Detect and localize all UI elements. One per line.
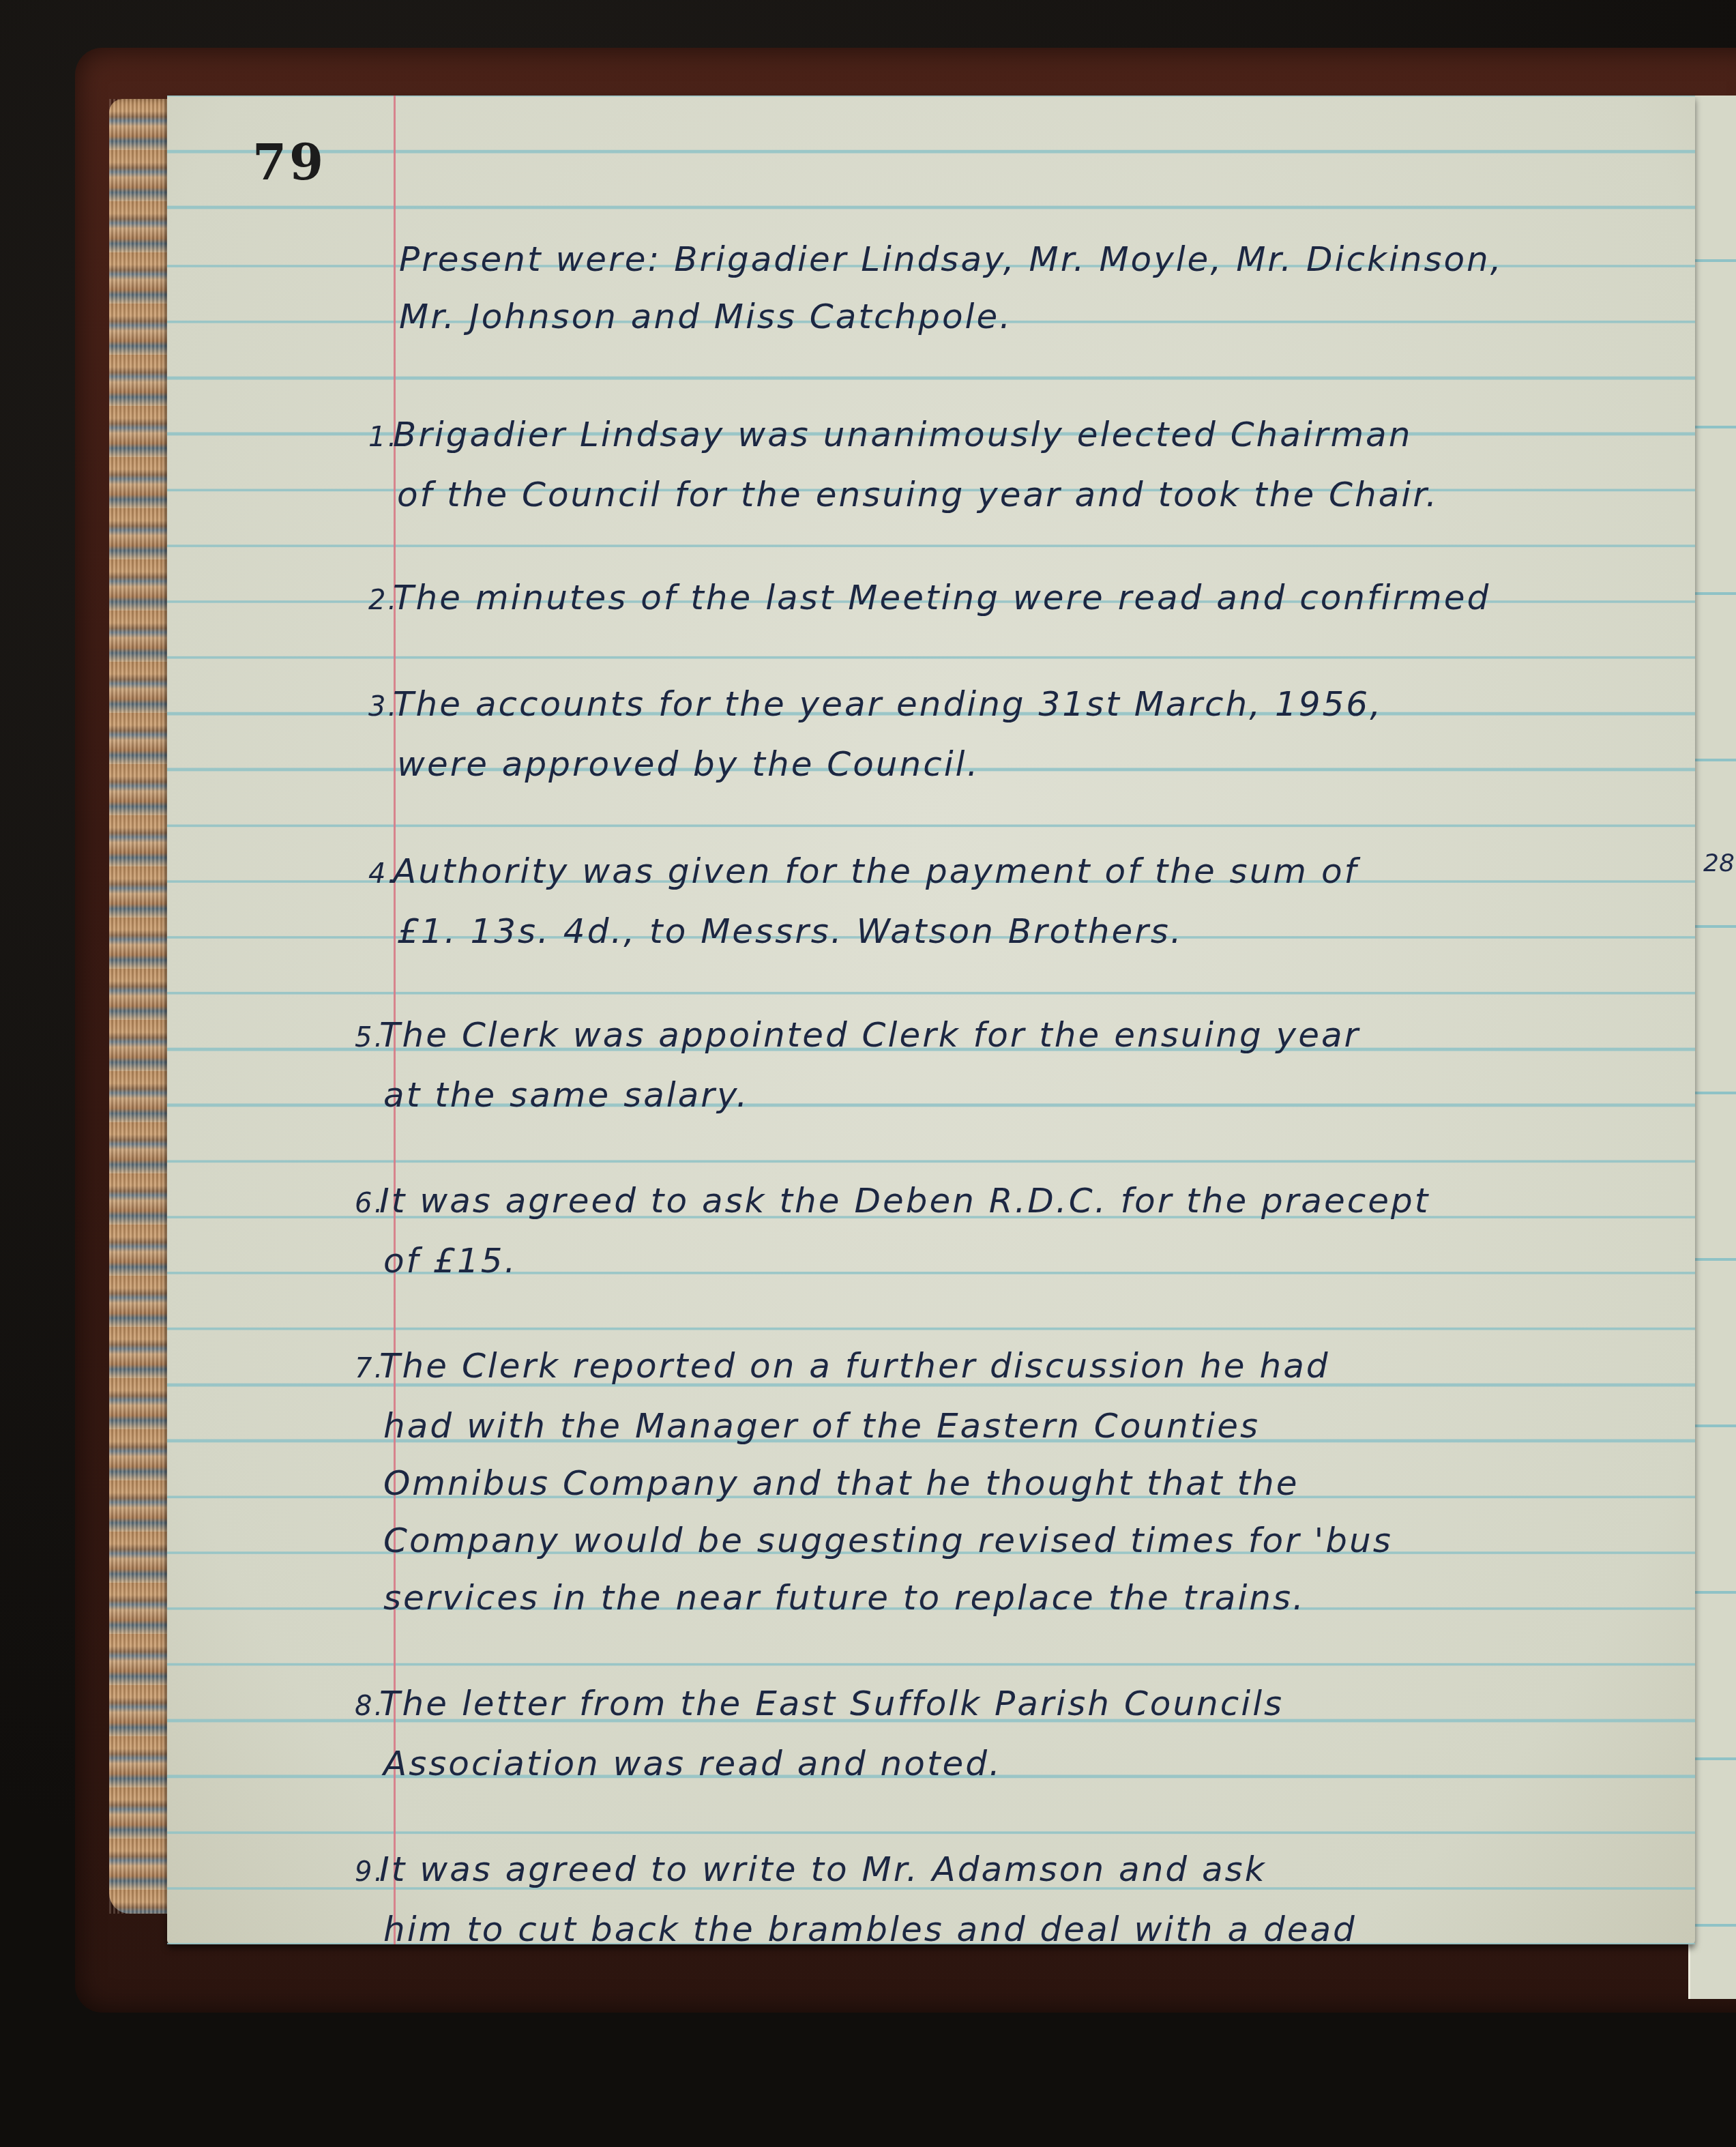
attendance-entry: Present were: Brigadier Lindsay, Mr. Moy… (399, 231, 1503, 345)
attendance-line: Mr. Johnson and Miss Catchpole. (399, 288, 1503, 345)
item-line: £1. 13s. 4d., to Messrs. Watson Brothers… (368, 903, 1358, 960)
item-number: 4. (368, 845, 393, 903)
minute-item-1: 1.Brigadier Lindsay was unanimously elec… (368, 406, 1439, 523)
item-line: Company would be suggesting revised time… (355, 1512, 1393, 1569)
item-line: services in the near future to replace t… (355, 1569, 1393, 1626)
item-line: The Clerk was appointed Clerk for the en… (379, 1015, 1360, 1055)
page-edges (109, 99, 174, 1914)
item-line: The Clerk reported on a further discussi… (379, 1346, 1330, 1386)
minute-item-5: 5.The Clerk was appointed Clerk for the … (355, 1006, 1360, 1124)
page-number: 79 (252, 133, 326, 191)
facing-page-edge (1688, 96, 1736, 1999)
item-number: 6. (355, 1175, 379, 1232)
item-line: The letter from the East Suffolk Parish … (379, 1684, 1284, 1723)
item-line: were approved by the Council. (368, 735, 1383, 793)
item-line: had with the Manager of the Eastern Coun… (355, 1397, 1393, 1455)
item-number: 3. (368, 678, 393, 735)
item-line: Association was read and noted. (355, 1735, 1284, 1792)
item-number: 2. (368, 572, 393, 629)
margin-note: 28 (1703, 849, 1735, 877)
item-line: Authority was given for the payment of t… (393, 851, 1358, 891)
minute-item-8: 8.The letter from the East Suffolk Paris… (355, 1675, 1284, 1792)
item-line: Brigadier Lindsay was unanimously electe… (393, 415, 1412, 454)
minute-item-4: 4.Authority was given for the payment of… (368, 843, 1358, 960)
minute-item-6: 6.It was agreed to ask the Deben R.D.C. … (355, 1172, 1430, 1289)
item-line: It was agreed to write to Mr. Adamson an… (379, 1850, 1267, 1889)
minute-item-3: 3.The accounts for the year ending 31st … (368, 675, 1383, 793)
item-number: 5. (355, 1009, 379, 1066)
item-number: 1. (368, 409, 393, 466)
item-number: 9. (355, 1843, 379, 1901)
item-line: Omnibus Company and that he thought that… (355, 1455, 1393, 1512)
minute-item-9: 9.It was agreed to write to Mr. Adamson … (355, 1841, 1357, 1958)
item-line: him to cut back the brambles and deal wi… (355, 1901, 1357, 1958)
item-line: It was agreed to ask the Deben R.D.C. fo… (379, 1181, 1430, 1221)
item-number: 8. (355, 1678, 379, 1735)
item-line: of the Council for the ensuing year and … (368, 466, 1439, 523)
minute-item-2: 2.The minutes of the last Meeting were r… (368, 569, 1490, 629)
minute-item-7: 7.The Clerk reported on a further discus… (355, 1337, 1393, 1626)
item-number: 7. (355, 1340, 379, 1397)
item-line: The minutes of the last Meeting were rea… (393, 578, 1490, 617)
item-line: at the same salary. (355, 1066, 1360, 1124)
item-line: The accounts for the year ending 31st Ma… (393, 684, 1383, 724)
item-line: of £15. (355, 1232, 1430, 1289)
attendance-line: Present were: Brigadier Lindsay, Mr. Moy… (399, 231, 1503, 288)
